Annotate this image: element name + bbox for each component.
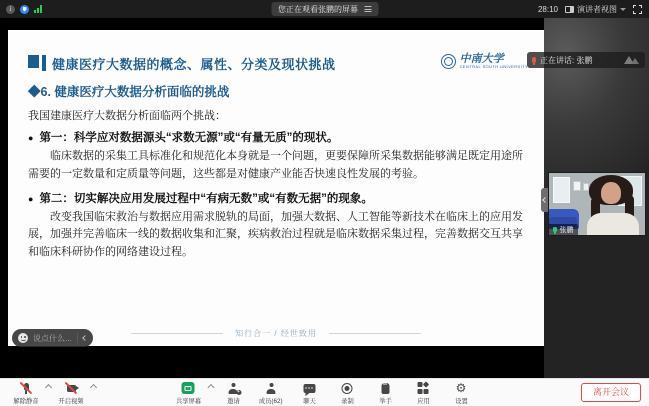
start-video-button[interactable]: 开启视频 xyxy=(53,379,89,406)
unmute-button[interactable]: 解除静音 xyxy=(8,379,44,406)
title-accent-marks xyxy=(28,55,46,71)
slide-footer-motto: 知行合一 / 经世致用 xyxy=(235,328,317,339)
leave-meeting-button[interactable]: 离开会议 xyxy=(581,383,641,402)
share-screen-icon: ↑ xyxy=(181,382,195,394)
top-bar: i 您正在观看张鹏的屏幕 28:10 演讲者视图 xyxy=(0,0,649,18)
members-icon xyxy=(264,382,278,394)
video-bg-picture-frame xyxy=(573,181,581,191)
mic-active-icon xyxy=(553,227,557,232)
chat-icon xyxy=(302,382,316,394)
meeting-toolbar: 解除静音 开启视频 ↑ 共享屏幕 + 邀请 xyxy=(0,378,649,406)
bullet-dot-icon: ● xyxy=(28,194,33,204)
view-mode-label: 演讲者视图 xyxy=(577,4,617,15)
speaker-view-icon xyxy=(565,6,574,13)
network-signal-icon xyxy=(34,5,42,13)
slide-subtitle: ◆6. 健康医疗大数据分析面临的挑战 xyxy=(28,82,528,100)
view-mode-selector[interactable]: 演讲者视图 xyxy=(565,4,626,15)
toolbar-left-group: 解除静音 开启视频 xyxy=(0,379,96,406)
emoji-smiley-icon[interactable] xyxy=(18,333,28,343)
slide-title: 健康医疗大数据的概念、属性、分类及现状挑战 xyxy=(52,54,336,73)
watching-screen-text: 您正在观看张鹏的屏幕 xyxy=(278,4,358,15)
meeting-timer: 28:10 xyxy=(538,5,558,14)
slide-intro-line: 我国建康医疗大数据分析面临两个挑战： xyxy=(28,107,528,123)
security-shield-icon[interactable] xyxy=(20,5,29,14)
mic-muted-icon xyxy=(19,382,33,394)
university-emblem-icon xyxy=(441,54,456,69)
raise-hand-icon xyxy=(378,382,392,394)
settings-button[interactable]: ⚙ 设置 xyxy=(443,379,479,406)
top-bar-right: 28:10 演讲者视图 xyxy=(538,4,649,15)
members-button[interactable]: 成员(62) xyxy=(253,379,289,406)
apps-grid-icon xyxy=(416,382,430,394)
quick-chat-pill[interactable]: 说点什么... xyxy=(12,329,93,347)
active-speaker-label: 正在讲话: 张鹏 xyxy=(540,55,592,66)
chevron-down-icon xyxy=(620,8,626,11)
university-caption: CENTRAL SOUTH UNIVERSITY xyxy=(460,65,528,69)
video-panel-collapse-handle[interactable] xyxy=(541,188,548,212)
meeting-app-window: i 您正在观看张鹏的屏幕 28:10 演讲者视图 健康医疗大数据的概念、属性、分… xyxy=(0,0,649,406)
participant-body xyxy=(587,213,639,236)
slide-bullet-2: ● 第二：切实解决应用发展过程中“有病无数”或“有数无据”的现象。 xyxy=(28,190,528,206)
participant-face xyxy=(601,182,621,204)
slide-header: 健康医疗大数据的概念、属性、分类及现状挑战 中南大学 CENTRAL SOUTH… xyxy=(28,54,528,73)
speaking-mic-icon xyxy=(532,57,536,63)
university-logo: 中南大学 CENTRAL SOUTH UNIVERSITY xyxy=(441,54,528,69)
mic-options-chevron-icon[interactable] xyxy=(45,384,52,391)
record-button[interactable]: 录制 xyxy=(329,379,365,406)
footer-divider-line xyxy=(329,333,421,334)
bullet-dot-icon: ● xyxy=(28,133,33,143)
share-options-chevron-icon[interactable] xyxy=(207,384,214,391)
slide-paragraph-2: 改变我国临宋救治与数据应用需求脱轨的局面，加强大数据、人工智能等新技术在临床上的… xyxy=(28,209,528,262)
no-video-placeholder-icon xyxy=(624,56,640,64)
meeting-info-icon[interactable]: i xyxy=(6,5,15,14)
pill-divider xyxy=(77,333,78,343)
slide-bullet-1: ● 第一：科学应对数据源头“求数无源”或“有量无质”的现状。 xyxy=(28,129,528,145)
participant-video-tile[interactable]: 张鹏 xyxy=(548,172,646,236)
banner-menu-icon[interactable] xyxy=(364,6,371,12)
gear-icon: ⚙ xyxy=(454,382,468,394)
quick-chat-placeholder[interactable]: 说点什么... xyxy=(33,333,72,344)
record-icon xyxy=(340,382,354,394)
invite-icon: + xyxy=(226,382,240,394)
footer-divider-line xyxy=(131,333,223,334)
invite-button[interactable]: + 邀请 xyxy=(215,379,251,406)
shared-slide: 健康医疗大数据的概念、属性、分类及现状挑战 中南大学 CENTRAL SOUTH… xyxy=(8,30,544,346)
active-speaker-banner: 正在讲话: 张鹏 xyxy=(527,52,645,68)
chevron-left-icon xyxy=(542,197,548,203)
video-bg-window-left xyxy=(553,177,570,203)
camera-muted-icon xyxy=(64,382,78,394)
watching-screen-banner[interactable]: 您正在观看张鹏的屏幕 xyxy=(271,2,378,16)
participant-name: 张鹏 xyxy=(560,225,574,235)
chat-button[interactable]: 聊天 xyxy=(291,379,327,406)
participant-name-tag: 张鹏 xyxy=(549,224,578,235)
collapse-chevron-left-icon[interactable] xyxy=(82,335,88,341)
share-screen-button[interactable]: ↑ 共享屏幕 xyxy=(170,379,206,406)
toolbar-center-group: ↑ 共享屏幕 + 邀请 成员(62) 聊天 xyxy=(170,379,479,406)
raise-hand-button[interactable]: 举手 xyxy=(367,379,403,406)
slide-paragraph-1: 临床数据的采集工具标准化和规范化本身就是一个问题，更要保障所采集数据能够满足既定… xyxy=(28,148,528,184)
apps-button[interactable]: 应用 xyxy=(405,379,441,406)
video-options-chevron-icon[interactable] xyxy=(90,384,97,391)
fullscreen-icon[interactable] xyxy=(633,5,642,14)
top-bar-status-icons: i xyxy=(0,5,42,14)
